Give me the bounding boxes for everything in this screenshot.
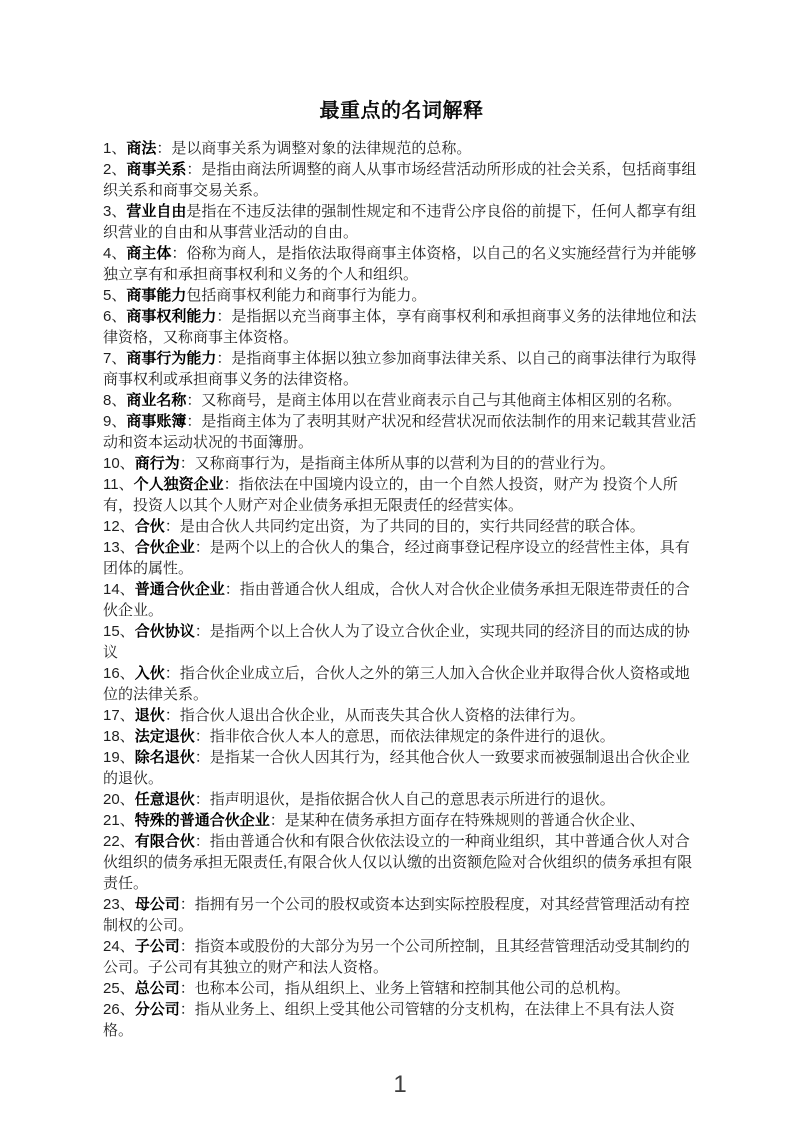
definition-item: 18、法定退伙：指非依合伙人本人的意思，而依法律规定的条件进行的退伙。 bbox=[103, 726, 700, 747]
page-number: 1 bbox=[0, 1070, 800, 1100]
item-term: 合伙协议 bbox=[135, 623, 195, 640]
item-definition: 指非依合伙人本人的意思，而依法律规定的条件进行的退伙。 bbox=[210, 728, 615, 745]
definition-item: 24、子公司：指资本或股份的大部分为另一个公司所控制，且其经营管理活动受其制约的… bbox=[103, 936, 700, 978]
item-number: 9、 bbox=[103, 413, 126, 430]
item-number: 1、 bbox=[103, 140, 126, 157]
item-term: 商主体 bbox=[126, 245, 171, 262]
item-definition: 指合伙人退出合伙企业，从而丧失其合伙人资格的法律行为。 bbox=[180, 707, 585, 724]
item-term: 有限合伙 bbox=[135, 833, 195, 850]
item-separator: ： bbox=[195, 539, 210, 556]
item-term: 合伙 bbox=[135, 518, 165, 535]
definition-item: 4、商主体：俗称为商人，是指依法取得商事主体资格，以自己的名义实施经营行为并能够… bbox=[103, 243, 700, 285]
item-term: 分公司 bbox=[135, 1001, 180, 1018]
definition-item: 9、商事账簿：是指商主体为了表明其财产状况和经营状况而依法制作的用来记载其营业活… bbox=[103, 411, 700, 453]
definition-item: 2、商事关系：是指由商法所调整的商人从事市场经营活动所形成的社会关系，包括商事组… bbox=[103, 159, 700, 201]
item-definition: 包括商事权利能力和商事行为能力。 bbox=[186, 287, 426, 304]
item-number: 3、 bbox=[103, 203, 126, 220]
definition-item: 1、商法：是以商事关系为调整对象的法律规范的总称。 bbox=[103, 138, 700, 159]
item-term: 子公司 bbox=[135, 938, 180, 955]
item-term: 入伙 bbox=[135, 665, 165, 682]
item-term: 母公司 bbox=[135, 896, 180, 913]
item-number: 18、 bbox=[103, 728, 135, 745]
item-separator: ： bbox=[195, 833, 210, 850]
item-definition: 俗称为商人，是指依法取得商事主体资格，以自己的名义实施经营行为并能够独立享有和承… bbox=[103, 245, 696, 283]
definition-item: 21、特殊的普通合伙企业：是某种在债务承担方面存在特殊规则的普通合伙企业、 bbox=[103, 810, 700, 831]
item-separator: ： bbox=[156, 140, 171, 157]
item-separator: ： bbox=[216, 350, 231, 367]
item-number: 22、 bbox=[103, 833, 135, 850]
definition-item: 11、个人独资企业：指依法在中国境内设立的，由一个自然人投资，财产为 投资个人所… bbox=[103, 474, 700, 516]
definition-item: 15、合伙协议：是指两个以上合伙人为了设立合伙企业，实现共同的经济目的而达成的协… bbox=[103, 621, 700, 663]
item-term: 特殊的普通合伙企业 bbox=[135, 812, 270, 829]
item-definition: 也称本公司，指从组织上、业务上管辖和控制其他公司的总机构。 bbox=[195, 980, 630, 997]
item-definition: 指合伙企业成立后，合伙人之外的第三人加入合伙企业并取得合伙人资格或地位的法律关系… bbox=[103, 665, 690, 703]
definition-item: 19、除名退伙：是指某一合伙人因其行为，经其他合伙人一致要求而被强制退出合伙企业… bbox=[103, 747, 700, 789]
item-number: 17、 bbox=[103, 707, 135, 724]
definition-item: 17、退伙：指合伙人退出合伙企业，从而丧失其合伙人资格的法律行为。 bbox=[103, 705, 700, 726]
item-number: 16、 bbox=[103, 665, 135, 682]
item-number: 15、 bbox=[103, 623, 135, 640]
item-separator: ： bbox=[270, 812, 285, 829]
definition-item: 12、合伙：是由合伙人共同约定出资，为了共同的目的，实行共同经营的联合体。 bbox=[103, 516, 700, 537]
item-separator: ： bbox=[165, 665, 180, 682]
document-page: 最重点的名词解释 1、商法：是以商事关系为调整对象的法律规范的总称。 2、商事关… bbox=[0, 0, 800, 1131]
item-separator: ： bbox=[165, 707, 180, 724]
item-term: 商法 bbox=[126, 140, 156, 157]
item-definition: 是指在不违反法律的强制性规定和不违背公序良俗的前提下，任何人都享有组织营业的自由… bbox=[103, 203, 696, 241]
item-number: 12、 bbox=[103, 518, 135, 535]
definition-list: 1、商法：是以商事关系为调整对象的法律规范的总称。 2、商事关系：是指由商法所调… bbox=[103, 138, 700, 1041]
item-term: 商事行为能力 bbox=[126, 350, 216, 367]
item-separator: ： bbox=[180, 980, 195, 997]
item-number: 25、 bbox=[103, 980, 135, 997]
item-number: 2、 bbox=[103, 161, 126, 178]
item-number: 13、 bbox=[103, 539, 135, 556]
definition-item: 5、商事能力包括商事权利能力和商事行为能力。 bbox=[103, 285, 700, 306]
definition-item: 10、商行为：又称商事行为，是指商主体所从事的以营利为目的的营业行为。 bbox=[103, 453, 700, 474]
definition-item: 3、营业自由是指在不违反法律的强制性规定和不违背公序良俗的前提下，任何人都享有组… bbox=[103, 201, 700, 243]
item-definition: 是以商事关系为调整对象的法律规范的总称。 bbox=[171, 140, 471, 157]
item-number: 21、 bbox=[103, 812, 135, 829]
item-number: 20、 bbox=[103, 791, 135, 808]
definition-item: 26、分公司：指从业务上、组织上受其他公司管辖的分支机构，在法律上不具有法人资格… bbox=[103, 999, 700, 1041]
item-term: 普通合伙企业 bbox=[135, 581, 225, 598]
item-separator: ： bbox=[186, 413, 201, 430]
item-definition: 是某种在债务承担方面存在特殊规则的普通合伙企业、 bbox=[285, 812, 645, 829]
item-term: 个人独资企业 bbox=[134, 476, 224, 493]
item-definition: 指声明退伙，是指依据合伙人自己的意思表示所进行的退伙。 bbox=[210, 791, 615, 808]
item-term: 法定退伙 bbox=[135, 728, 195, 745]
item-separator: ： bbox=[171, 245, 186, 262]
item-term: 总公司 bbox=[135, 980, 180, 997]
item-separator: ： bbox=[225, 581, 240, 598]
item-term: 商行为 bbox=[135, 455, 180, 472]
item-number: 10、 bbox=[103, 455, 135, 472]
item-number: 6、 bbox=[103, 308, 126, 325]
item-separator: ： bbox=[195, 791, 210, 808]
definition-item: 14、普通合伙企业：指由普通合伙人组成，合伙人对合伙企业债务承担无限连带责任的合… bbox=[103, 579, 700, 621]
item-separator: ： bbox=[180, 938, 195, 955]
item-term: 退伙 bbox=[135, 707, 165, 724]
item-term: 商业名称 bbox=[126, 392, 186, 409]
item-separator: ： bbox=[195, 728, 210, 745]
definition-item: 23、母公司：指拥有另一个公司的股权或资本达到实际控股程度，对其经营管理活动有控… bbox=[103, 894, 700, 936]
item-definition: 又称商号，是商主体用以在营业商表示自己与其他商主体相区别的名称。 bbox=[201, 392, 681, 409]
item-term: 合伙企业 bbox=[135, 539, 195, 556]
item-separator: ： bbox=[180, 1001, 195, 1018]
item-term: 除名退伙 bbox=[135, 749, 195, 766]
item-number: 7、 bbox=[103, 350, 126, 367]
item-separator: ： bbox=[186, 392, 201, 409]
item-number: 4、 bbox=[103, 245, 126, 262]
definition-item: 8、商业名称：又称商号，是商主体用以在营业商表示自己与其他商主体相区别的名称。 bbox=[103, 390, 700, 411]
item-separator: ： bbox=[195, 749, 210, 766]
item-number: 24、 bbox=[103, 938, 135, 955]
definition-item: 16、入伙：指合伙企业成立后，合伙人之外的第三人加入合伙企业并取得合伙人资格或地… bbox=[103, 663, 700, 705]
definition-item: 6、商事权利能力：是指据以充当商事主体，享有商事权利和承担商事义务的法律地位和法… bbox=[103, 306, 700, 348]
item-separator: ： bbox=[180, 896, 195, 913]
item-definition: 又称商事行为，是指商主体所从事的以营利为目的的营业行为。 bbox=[195, 455, 615, 472]
item-number: 8、 bbox=[103, 392, 126, 409]
item-number: 23、 bbox=[103, 896, 135, 913]
definition-item: 7、商事行为能力：是指商事主体据以独立参加商事法律关系、以自己的商事法律行为取得… bbox=[103, 348, 700, 390]
item-term: 商事账簿 bbox=[126, 413, 186, 430]
definition-item: 22、有限合伙：指由普通合伙和有限合伙依法设立的一种商业组织，其中普通合伙人对合… bbox=[103, 831, 700, 894]
item-number: 5、 bbox=[103, 287, 126, 304]
definition-item: 25、总公司：也称本公司，指从组织上、业务上管辖和控制其他公司的总机构。 bbox=[103, 978, 700, 999]
page-title: 最重点的名词解释 bbox=[103, 97, 700, 125]
item-term: 任意退伙 bbox=[135, 791, 195, 808]
item-separator: ： bbox=[180, 455, 195, 472]
definition-item: 20、任意退伙：指声明退伙，是指依据合伙人自己的意思表示所进行的退伙。 bbox=[103, 789, 700, 810]
item-number: 11、 bbox=[103, 476, 134, 493]
item-number: 26、 bbox=[103, 1001, 135, 1018]
item-term: 商事权利能力 bbox=[126, 308, 216, 325]
item-term: 营业自由 bbox=[126, 203, 186, 220]
item-term: 商事关系 bbox=[126, 161, 186, 178]
item-definition: 是由合伙人共同约定出资，为了共同的目的，实行共同经营的联合体。 bbox=[180, 518, 645, 535]
definition-item: 13、合伙企业：是两个以上的合伙人的集合，经过商事登记程序设立的经营性主体，具有… bbox=[103, 537, 700, 579]
item-separator: ： bbox=[165, 518, 180, 535]
item-separator: ： bbox=[216, 308, 231, 325]
item-term: 商事能力 bbox=[126, 287, 186, 304]
item-separator: ： bbox=[195, 623, 210, 640]
item-number: 19、 bbox=[103, 749, 135, 766]
item-separator: ： bbox=[186, 161, 201, 178]
item-number: 14、 bbox=[103, 581, 135, 598]
item-separator: ： bbox=[224, 476, 239, 493]
